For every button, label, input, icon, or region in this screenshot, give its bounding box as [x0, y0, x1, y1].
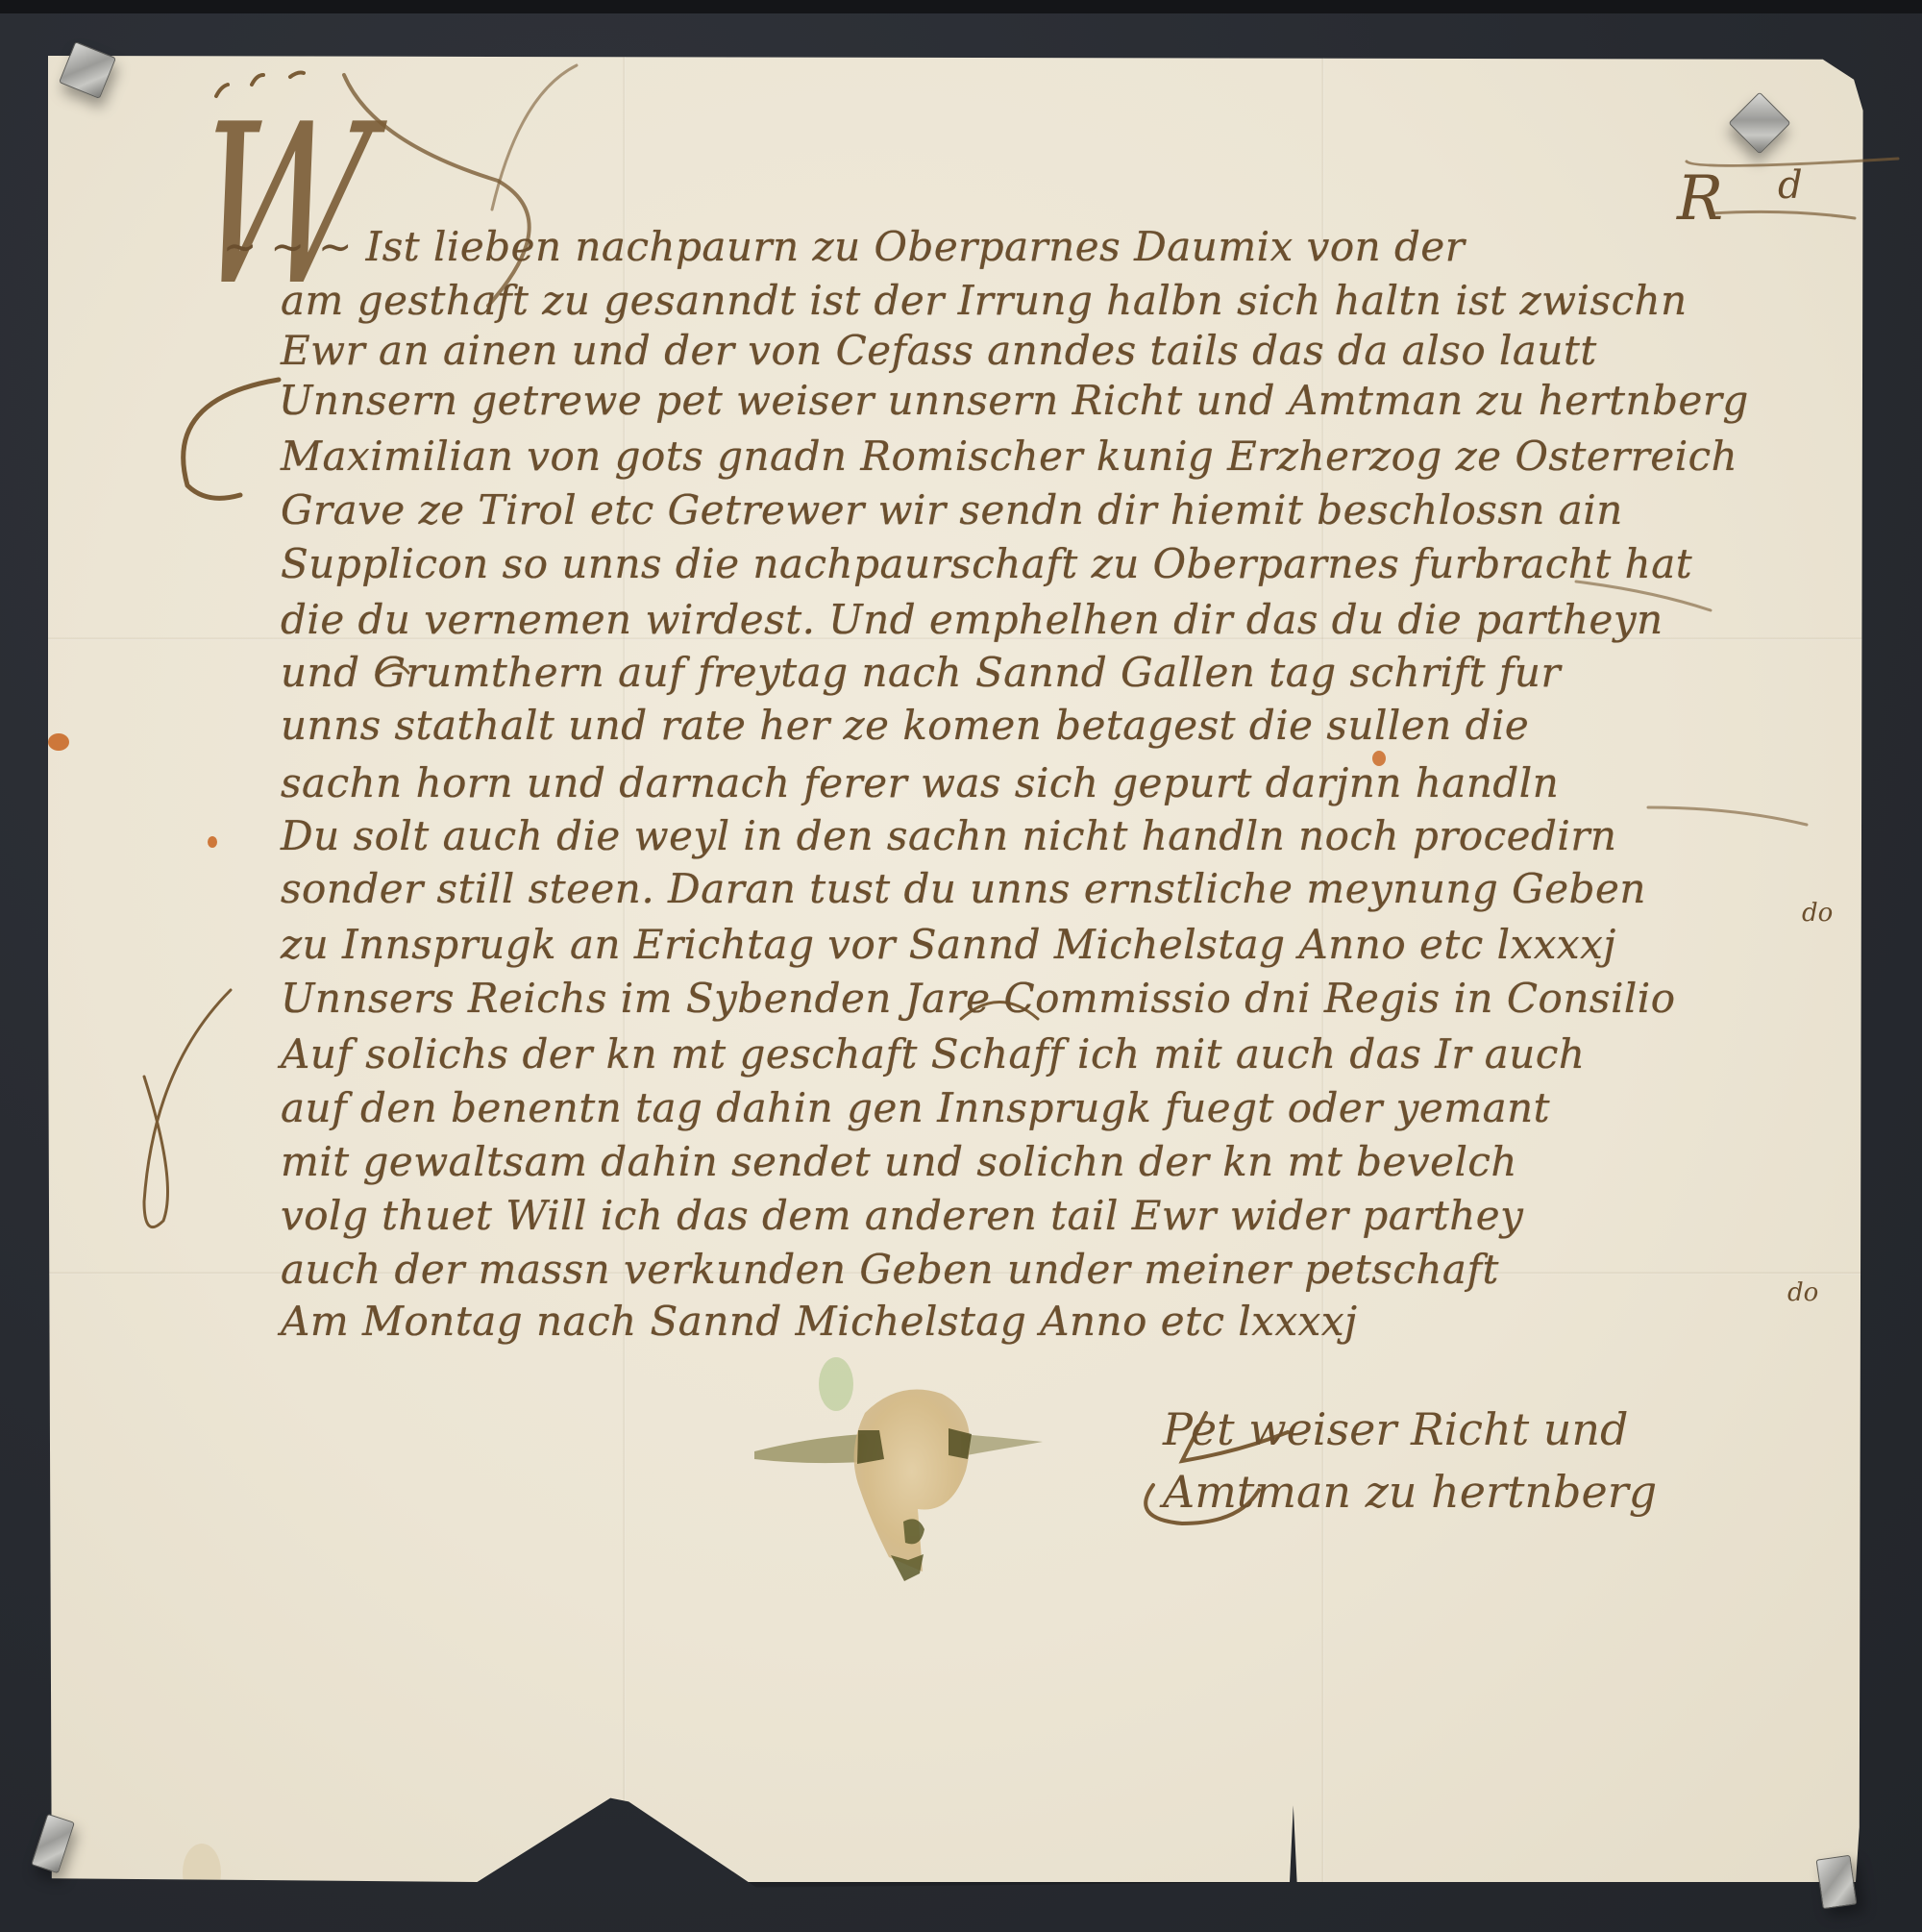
text-line-4: Unnsern getrewe pet weiser unnsern Richt… — [279, 377, 1749, 424]
corner-superscript: d — [1778, 163, 1803, 208]
text-line-17: auf den benentn tag dahin gen Innsprugk … — [281, 1084, 1550, 1131]
text-line-13: sonder still steen. Daran tust du unns e… — [281, 865, 1646, 912]
text-line-9: und Grumthern auf freytag nach Sannd Gal… — [281, 649, 1561, 696]
text-line-18: mit gewaltsam dahin sendet und solichn d… — [281, 1138, 1517, 1185]
signature-line-1: Pet weiser Richt und — [1163, 1403, 1629, 1455]
text-line-16: Auf solichs der kn mt geschaft Schaff ic… — [281, 1030, 1585, 1077]
text-line-5: Maximilian von gots gnadn Romischer kuni… — [281, 433, 1737, 480]
text-line-2: am gesthaft zu gesanndt ist der Irrung h… — [281, 277, 1688, 324]
text-line-11: sachn horn und darnach ferer was sich ge… — [281, 759, 1559, 806]
text-line-21: Am Montag nach Sannd Michelstag Anno etc… — [281, 1298, 1358, 1345]
wax-seal-remnant — [754, 1346, 1043, 1596]
text-line-20: auch der massn verkunden Geben under mei… — [281, 1246, 1499, 1293]
text-line-14: zu Innsprugk an Erichtag vor Sannd Miche… — [281, 921, 1616, 968]
text-line-6: Grave ze Tirol etc Getrewer wir sendn di… — [281, 486, 1623, 533]
text-line-7: Supplicon so unns die nachpaurschaft zu … — [281, 540, 1692, 587]
superscript-do: do — [1787, 1278, 1818, 1307]
text-line-15: Unnsers Reichs im Sybenden Jare Commissi… — [281, 975, 1676, 1022]
signature-line-2: Amtman zu hertnberg — [1163, 1466, 1657, 1518]
text-line-10: unns stathalt und rate her ze komen beta… — [281, 702, 1529, 749]
corner-letter-r: R — [1677, 163, 1723, 235]
text-line-12: Du solt auch die weyl in den sachn nicht… — [281, 812, 1616, 859]
handwriting-layer: W ~ ~ ~ Ist lieben nach — [0, 0, 1922, 1932]
text-line-19: volg thuet Will ich das dem anderen tail… — [281, 1192, 1523, 1239]
text-line-1: ~ ~ ~ Ist lieben nachpaurn zu Oberparnes… — [223, 223, 1465, 270]
superscript-do: do — [1802, 899, 1833, 928]
text-line-8: die du vernemen wirdest. Und emphelhen d… — [281, 596, 1663, 643]
text-line-3: Ewr an ainen und der von Cefass anndes t… — [281, 327, 1597, 374]
